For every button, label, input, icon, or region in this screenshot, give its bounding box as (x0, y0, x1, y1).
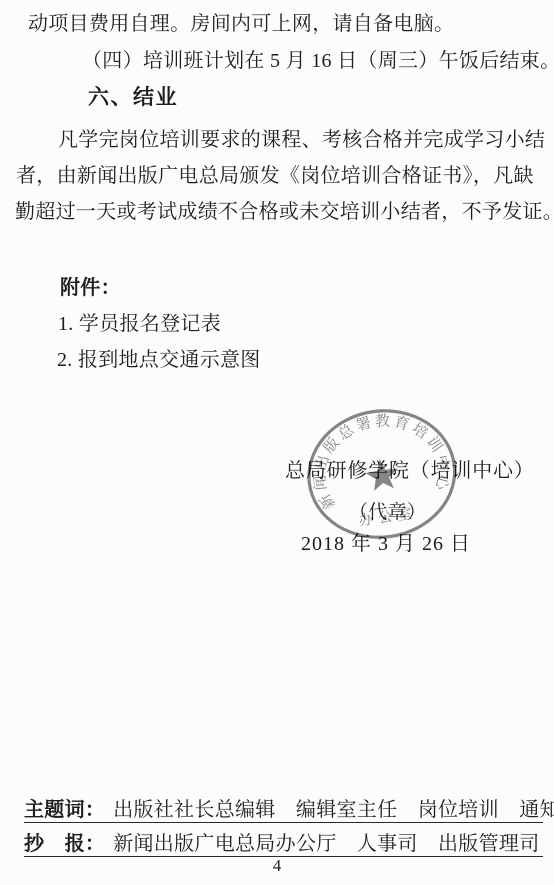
subject-value: 出版社社长总编辑 编辑室主任 岗位培训 通知 (113, 793, 554, 822)
copy-label: 抄 报： (24, 827, 105, 856)
body-line-fee: 动项目费用自理。房间内可上网，请自备电脑。 (28, 12, 454, 36)
attachments-label: 附件： (60, 276, 121, 300)
section-heading: 六、结业 (88, 85, 178, 109)
copy-value: 新闻出版广电总局办公厅 人事司 出版管理司 (113, 827, 539, 856)
signature-org: 总局研修学院（培训中心） (285, 459, 535, 483)
signature-proxy: （代章） (349, 501, 426, 525)
paragraph-line: 勤超过一天或考试成绩不合格或未交培训小结者，不予发证。 (15, 200, 554, 224)
body-line-schedule: （四）培训班计划在 5 月 16 日（周三）午饭后结束。 (82, 49, 554, 73)
footer-row-subject: 主题词： 出版社社长总编辑 编辑室主任 岗位培训 通知 (24, 792, 543, 823)
footer-row-copy: 抄 报： 新闻出版广电总局办公厅 人事司 出版管理司 (24, 826, 543, 857)
attachment-item-1: 1. 学员报名登记表 (58, 312, 221, 336)
paragraph-line: 凡学完岗位培训要求的课程、考核合格并完成学习小结 (58, 128, 545, 152)
page-number: 4 (0, 856, 554, 876)
subject-label: 主题词： (24, 793, 105, 822)
document-page: 动项目费用自理。房间内可上网，请自备电脑。 （四）培训班计划在 5 月 16 日… (0, 0, 554, 885)
attachment-item-2: 2. 报到地点交通示意图 (57, 348, 261, 372)
signature-date: 2018 年 3 月 26 日 (301, 532, 471, 556)
paragraph-line: 者，由新闻出版广电总局颁发《岗位培训合格证书》，凡缺 (16, 164, 534, 188)
